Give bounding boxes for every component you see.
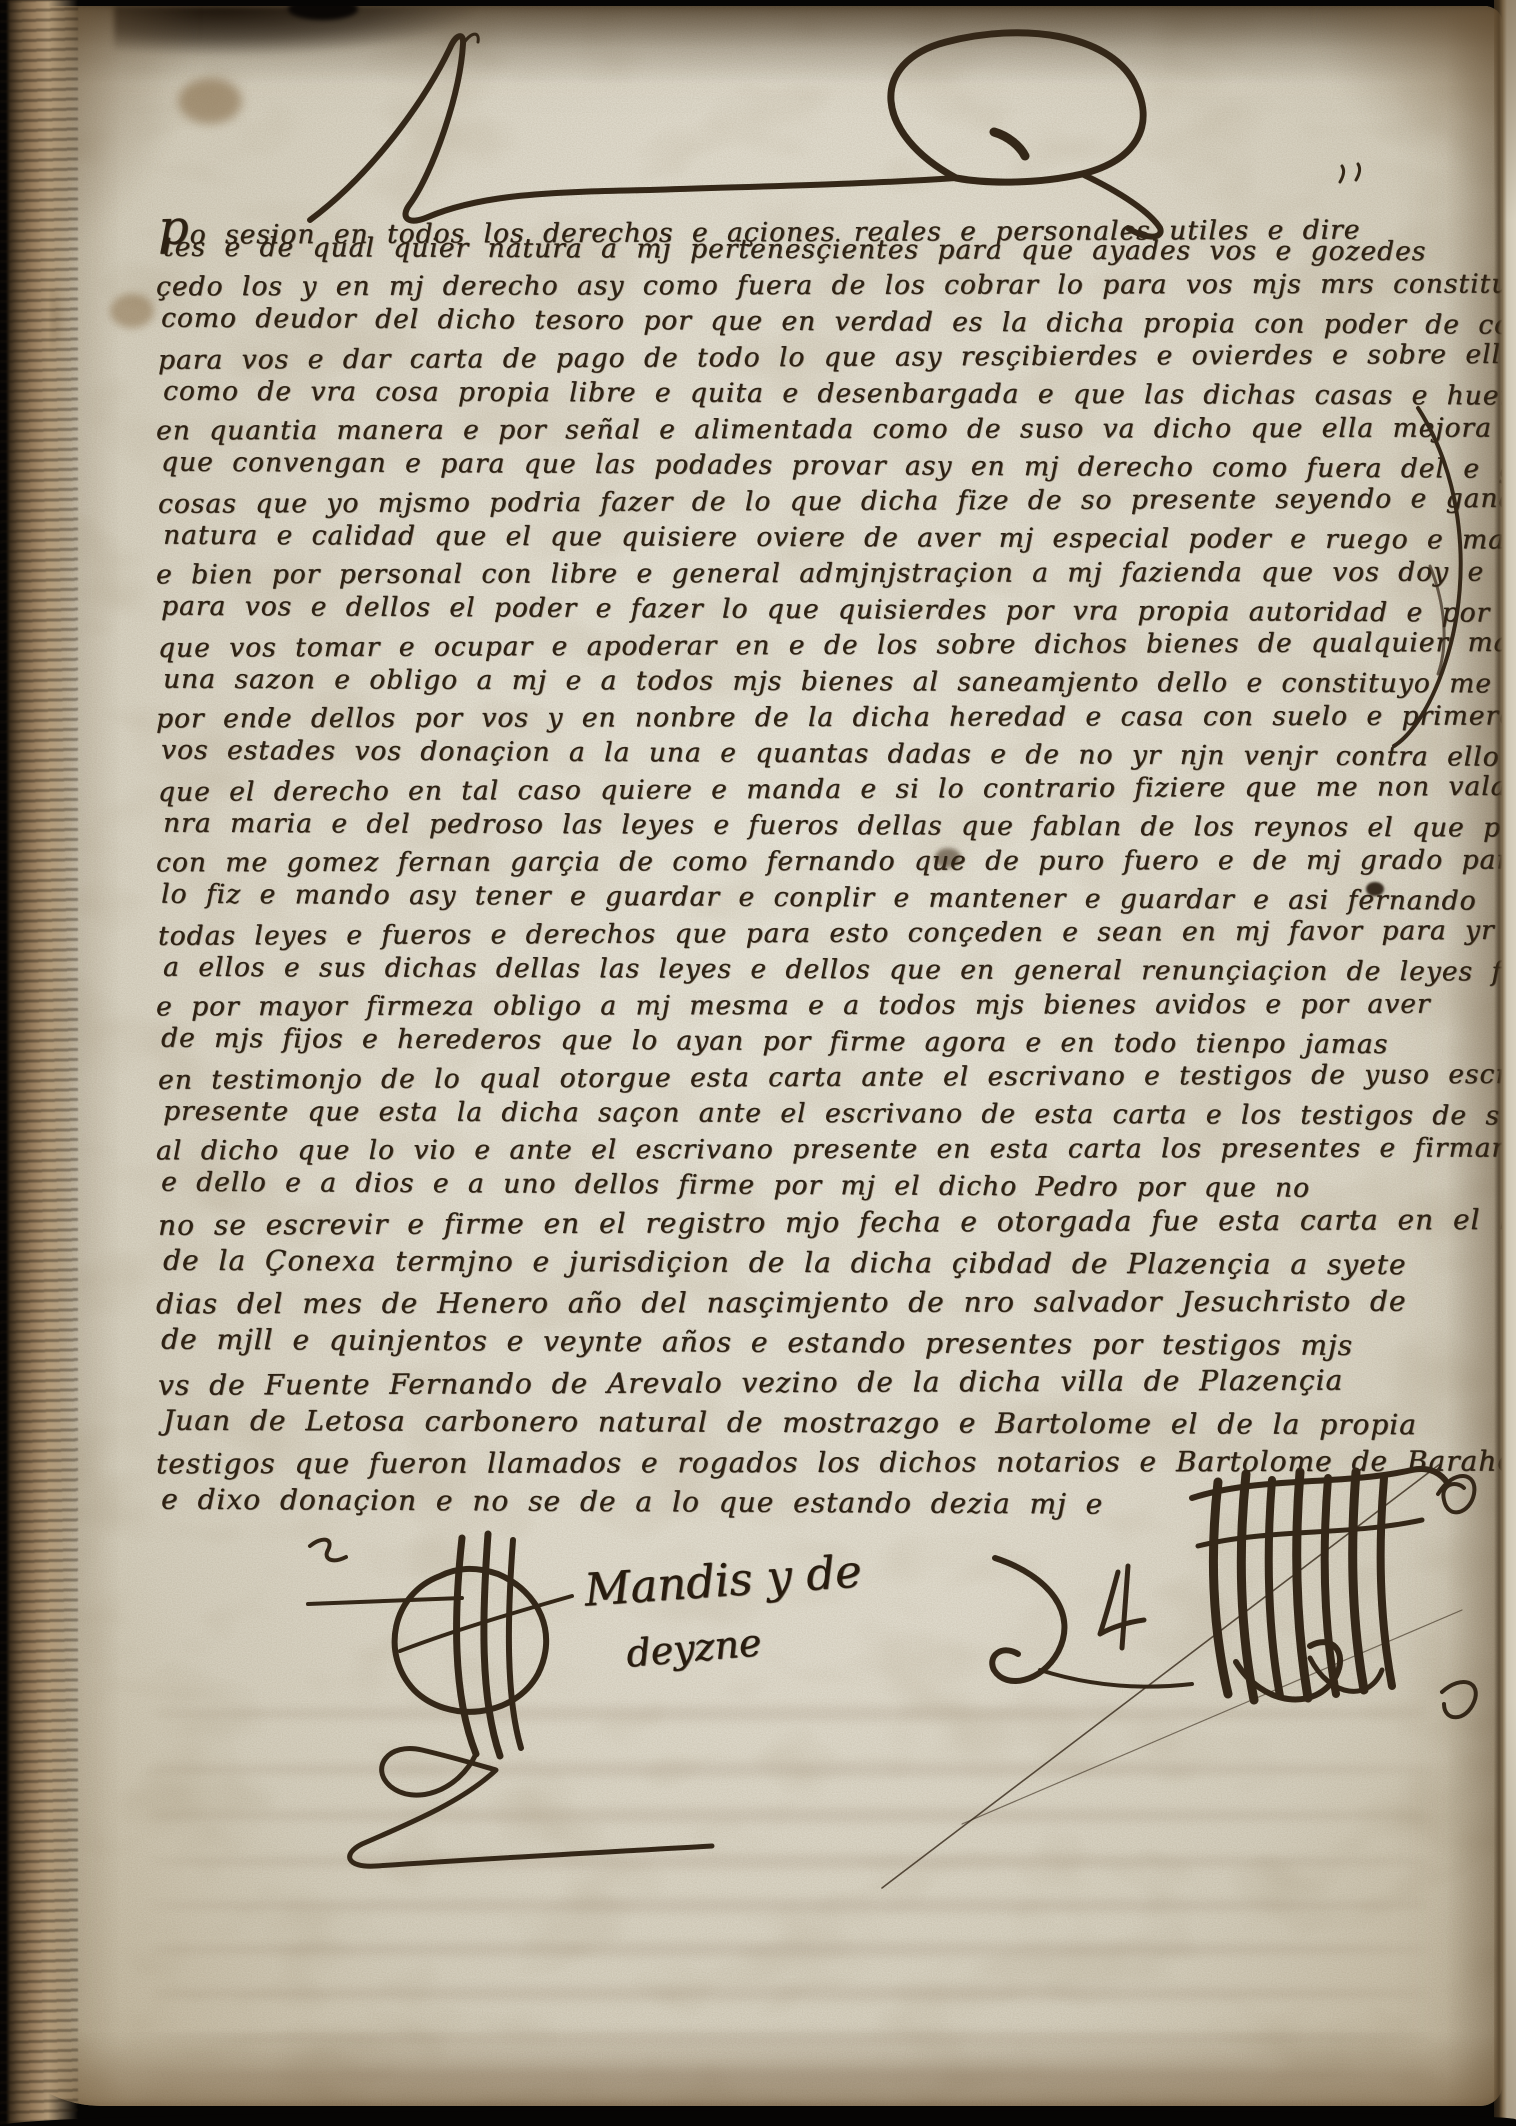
manuscript-line: al dicho que lo vio e ante el escrivano … (156, 1133, 1436, 1172)
manuscript-page: po sesion en todos los derechos e açione… (10, 6, 1502, 2106)
manuscript-line: como deudor del dicho tesoro por que en … (161, 303, 1441, 346)
age-stain (10, 6, 1502, 84)
manuscript-line: natura e calidad que el que quisiere ovi… (163, 520, 1443, 560)
manuscript-text-block: po sesion en todos los derechos e açione… (158, 198, 1438, 1526)
bleedthrough-line (150, 1808, 1430, 1823)
manuscript-line: todas leyes e fueros e derechos que para… (158, 915, 1438, 957)
manuscript-line: lo fiz e mando asy tener e guardar e con… (161, 879, 1441, 922)
manuscript-line: que el derecho en tal caso quiere e mand… (158, 771, 1438, 813)
manuscript-line: a ellos e sus dichas dellas las leyes e … (163, 952, 1443, 992)
manuscript-line: e dixo donaçion e no se de a lo que esta… (161, 1483, 1441, 1530)
bleedthrough-line (150, 1706, 1430, 1721)
bleedthrough-line (150, 1986, 1430, 2001)
manuscript-line: que vos tomar e ocupar e apoderar en e d… (158, 627, 1438, 669)
age-stain (10, 646, 36, 866)
manuscript-line: e por mayor firmeza obligo a mj mesma e … (156, 989, 1436, 1028)
bleedthrough-line (150, 2068, 1430, 2083)
age-stain (110, 294, 154, 328)
manuscript-line: como de vra cosa propia libre e quita e … (163, 376, 1443, 416)
manuscript-line: en quantia manera e por señal e alimenta… (156, 413, 1436, 452)
bleedthrough-line (150, 1898, 1430, 1913)
manuscript-line: con me gomez fernan garçia de como ferna… (156, 845, 1436, 884)
manuscript-scan: po sesion en todos los derechos e açione… (0, 0, 1516, 2126)
manuscript-line: testigos que fueron llamados e rogados l… (156, 1445, 1436, 1488)
manuscript-line: vos estades vos donaçion a la una e quan… (161, 735, 1441, 778)
manuscript-line: de mjs fijos e herederos que lo ayan por… (161, 1023, 1441, 1066)
manuscript-line: po sesion en todos los derechos e açione… (158, 195, 1438, 237)
age-stain (10, 274, 56, 364)
manuscript-line: vs de Fuente Fernando de Arevalo vezino … (158, 1363, 1438, 1409)
manuscript-line: que convengan e para que las podades pro… (161, 447, 1441, 490)
bleedthrough-line (150, 2030, 1430, 2045)
signature-left-name-line1: Mandis y de (582, 1544, 863, 1616)
age-stain (178, 78, 242, 124)
bleedthrough-line (150, 1942, 1430, 1957)
manuscript-line: tes e de qual quier natura a mj pertenes… (163, 232, 1443, 272)
manuscript-line: e bien por personal con libre e general … (156, 557, 1436, 596)
bleedthrough-line (150, 1762, 1430, 1777)
age-stain (288, 6, 358, 20)
manuscript-line: presente que esta la dicha saçon ante el… (163, 1096, 1443, 1136)
manuscript-line: çedo los y en mj derecho asy como fuera … (156, 269, 1436, 308)
scanner-background-edge (0, 2110, 1516, 2126)
age-stain (114, 6, 474, 56)
manuscript-line: dias del mes de Henero año del nasçimjen… (156, 1285, 1436, 1328)
age-stain (10, 2036, 1502, 2106)
manuscript-line: para vos e dellos el poder e fazer lo qu… (161, 591, 1441, 634)
bleedthrough-line (150, 1854, 1430, 1869)
manuscript-line: para vos e dar carta de pago de todo lo … (158, 339, 1438, 381)
manuscript-line: en testimonjo de lo qual otorgue esta ca… (158, 1059, 1438, 1101)
manuscript-line: una sazon e obligo a mj e a todos mjs bi… (163, 664, 1443, 704)
manuscript-line: por ende dellos por vos y en nonbre de l… (156, 701, 1436, 740)
age-stain (10, 6, 120, 2106)
manuscript-line: cosas que yo mjsmo podria fazer de lo qu… (158, 483, 1438, 525)
manuscript-line: Juan de Letosa carbonero natural de most… (163, 1404, 1443, 1448)
manuscript-line: de mjll e quinjentos e veynte años e est… (161, 1323, 1441, 1370)
manuscript-line: de la Çonexa termjno e jurisdiçion de la… (163, 1244, 1443, 1288)
manuscript-line: no se escrevir e firme en el registro mj… (158, 1203, 1438, 1249)
manuscript-line: nra maria e del pedroso las leyes e fuer… (163, 808, 1443, 848)
signature-left-name-line2: deyzne (624, 1620, 763, 1676)
age-stain (1312, 6, 1502, 176)
manuscript-line: e dello e a dios e a uno dellos firme po… (161, 1167, 1441, 1210)
